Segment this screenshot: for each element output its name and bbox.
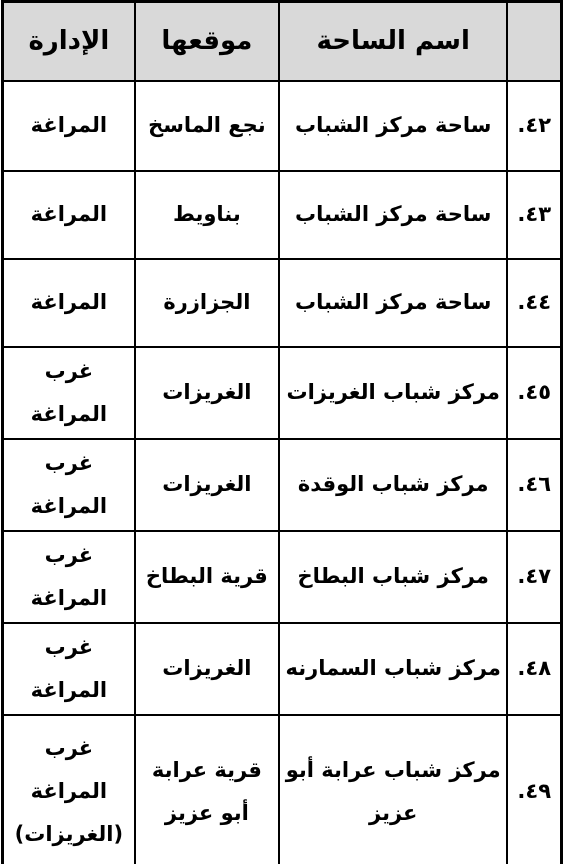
table-row: ٤٣. ساحة مركز الشباب بناويط المراغة (3, 171, 562, 259)
row-number-cell: ٤٤. (507, 259, 561, 347)
location-cell: الغريزات (135, 347, 279, 439)
square-name-cell: ساحة مركز الشباب (279, 171, 507, 259)
admin-cell: غرب المراغة (3, 531, 135, 623)
square-name-cell: ساحة مركز الشباب (279, 259, 507, 347)
location-cell: الغريزات (135, 623, 279, 715)
table-row: ٤٤. ساحة مركز الشباب الجزازرة المراغة (3, 259, 562, 347)
header-location: موقعها (135, 2, 279, 81)
square-name-cell: مركز شباب عرابة أبو عزيز (279, 715, 507, 864)
admin-cell: غرب المراغة (3, 623, 135, 715)
square-name-cell: مركز شباب الوقدة (279, 439, 507, 531)
header-number-cell (507, 2, 561, 81)
row-number-cell: ٤٨. (507, 623, 561, 715)
table-row: ٤٦. مركز شباب الوقدة الغريزات غرب المراغ… (3, 439, 562, 531)
table-row: ٤٩. مركز شباب عرابة أبو عزيز قرية عرابة … (3, 715, 562, 864)
location-cell: بناويط (135, 171, 279, 259)
location-cell: الغريزات (135, 439, 279, 531)
row-number-cell: ٤٦. (507, 439, 561, 531)
header-square-name: اسم الساحة (279, 2, 507, 81)
admin-cell: غرب المراغة (3, 347, 135, 439)
square-name-cell: مركز شباب الغريزات (279, 347, 507, 439)
admin-cell: المراغة (3, 259, 135, 347)
location-cell: قرية عرابة أبو عزيز (135, 715, 279, 864)
table-row: ٤٧. مركز شباب البطاخ قرية البطاخ غرب الم… (3, 531, 562, 623)
row-number-cell: ٤٩. (507, 715, 561, 864)
admin-cell: المراغة (3, 81, 135, 171)
row-number-cell: ٤٥. (507, 347, 561, 439)
header-row: اسم الساحة موقعها الإدارة (3, 2, 562, 81)
location-cell: الجزازرة (135, 259, 279, 347)
square-name-cell: مركز شباب السمارنه (279, 623, 507, 715)
admin-cell: المراغة (3, 171, 135, 259)
admin-cell: غرب المراغة (الغريزات) (3, 715, 135, 864)
square-name-cell: ساحة مركز الشباب (279, 81, 507, 171)
row-number-cell: ٤٧. (507, 531, 561, 623)
square-name-cell: مركز شباب البطاخ (279, 531, 507, 623)
table-row: ٤٥. مركز شباب الغريزات الغريزات غرب المر… (3, 347, 562, 439)
location-cell: نجع الماسخ (135, 81, 279, 171)
table-row: ٤٢. ساحة مركز الشباب نجع الماسخ المراغة (3, 81, 562, 171)
header-admin: الإدارة (3, 2, 135, 81)
squares-table: اسم الساحة موقعها الإدارة ٤٢. ساحة مركز … (1, 0, 563, 864)
table-row: ٤٨. مركز شباب السمارنه الغريزات غرب المر… (3, 623, 562, 715)
admin-cell: غرب المراغة (3, 439, 135, 531)
row-number-cell: ٤٢. (507, 81, 561, 171)
location-cell: قرية البطاخ (135, 531, 279, 623)
row-number-cell: ٤٣. (507, 171, 561, 259)
